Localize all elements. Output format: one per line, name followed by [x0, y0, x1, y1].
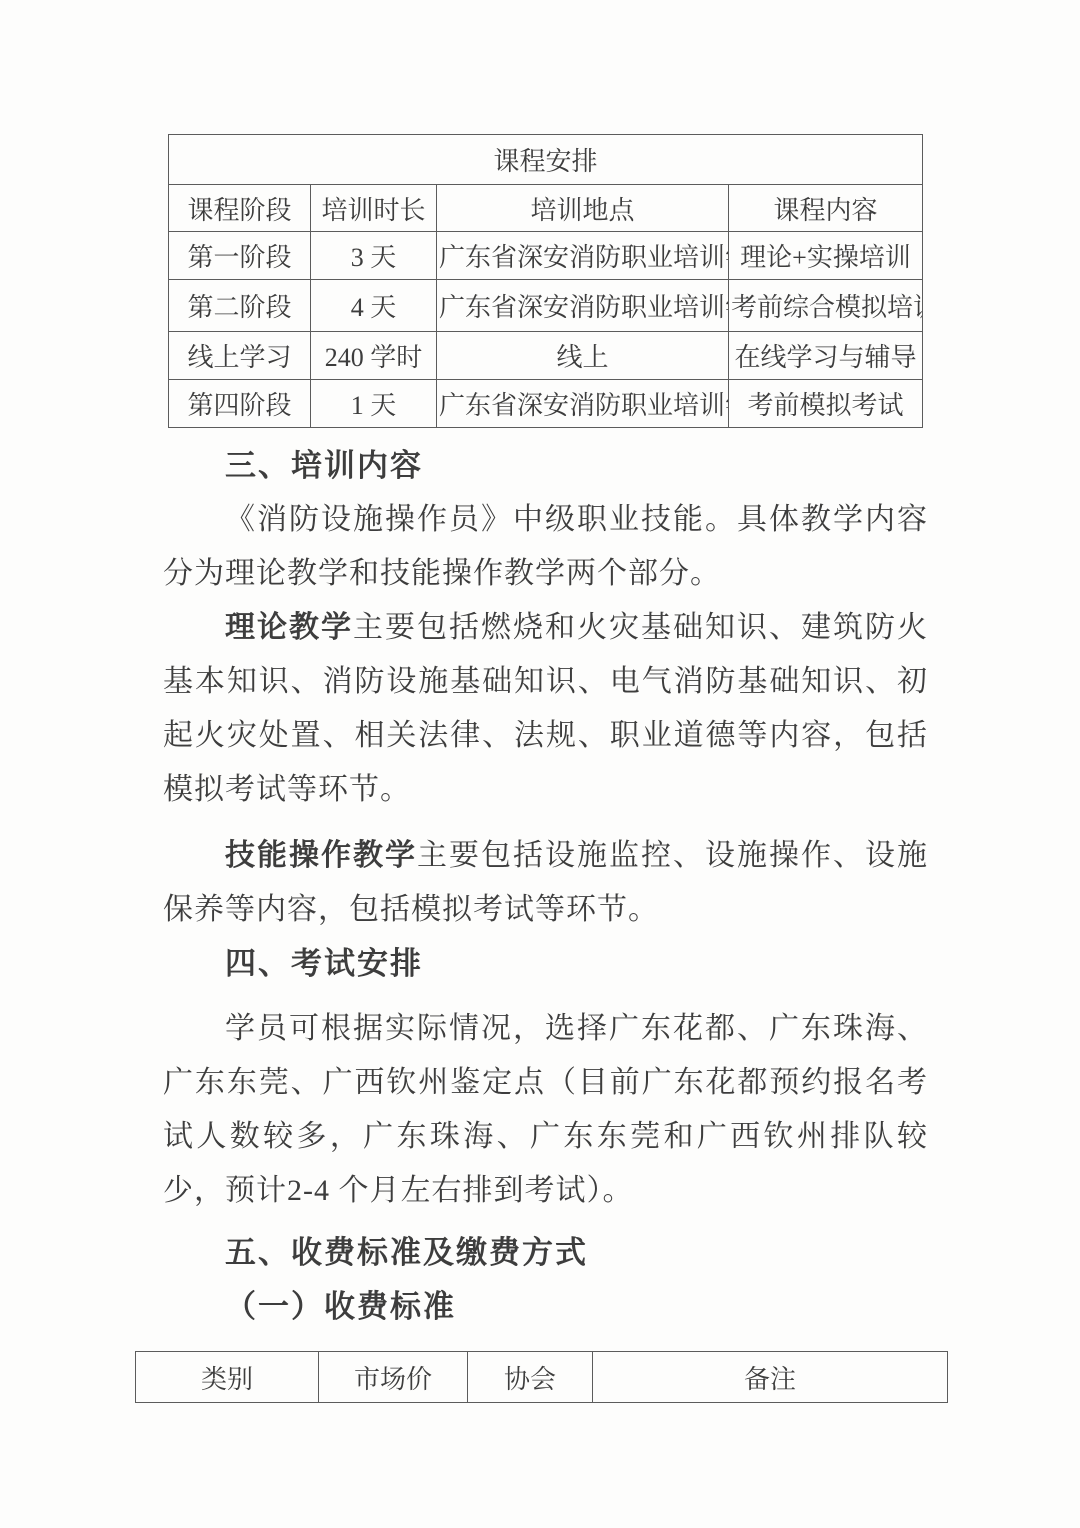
course-table-header-location: 培训地点	[437, 185, 729, 232]
duration-cell: 240 学时	[311, 332, 437, 380]
duration-cell: 4 天	[311, 280, 437, 332]
course-table-row-2: 第二阶段 4 天 广东省深安消防职业培训学校 考前综合模拟培训	[169, 280, 923, 332]
duration-cell: 3 天	[311, 232, 437, 280]
section-heading-exam-arrangement: 四、考试安排	[163, 937, 928, 991]
theory-teaching-lead: 理论教学	[225, 611, 353, 644]
fee-standard-table: 类别 市场价 协会 备注	[135, 1351, 948, 1403]
content-cell: 在线学习与辅导	[729, 332, 923, 380]
subsection-heading-fee-standard: （一）收费标准	[163, 1280, 928, 1334]
paragraph-training-overview: 《消防设施操作员》中级职业技能。具体教学内容分为理论教学和技能操作教学两个部分。	[163, 493, 928, 601]
duration-cell: 1 天	[311, 380, 437, 428]
fee-table-header-category: 类别	[136, 1352, 319, 1403]
course-table-row-3: 线上学习 240 学时 线上 在线学习与辅导	[169, 332, 923, 380]
stage-cell: 第二阶段	[169, 280, 311, 332]
document-page: 课程安排 课程阶段 培训时长 培训地点 课程内容 第一阶段 3 天 广东省深安消…	[0, 0, 1080, 1528]
location-cell: 线上	[437, 332, 729, 380]
course-table-row-4: 第四阶段 1 天 广东省深安消防职业培训学校 考前模拟考试	[169, 380, 923, 428]
course-table-header-duration: 培训时长	[311, 185, 437, 232]
course-table-row-1: 第一阶段 3 天 广东省深安消防职业培训学校 理论+实操培训	[169, 232, 923, 280]
course-table-header-stage: 课程阶段	[169, 185, 311, 232]
stage-cell: 第一阶段	[169, 232, 311, 280]
stage-cell: 线上学习	[169, 332, 311, 380]
content-cell: 考前模拟考试	[729, 380, 923, 428]
course-table-header-row: 课程阶段 培训时长 培训地点 课程内容	[169, 185, 923, 232]
location-cell: 广东省深安消防职业培训学校	[437, 232, 729, 280]
paragraph-exam-arrangement: 学员可根据实际情况，选择广东花都、广东珠海、广东东莞、广西钦州鉴定点（目前广东花…	[163, 1002, 928, 1218]
course-table-header-content: 课程内容	[729, 185, 923, 232]
stage-cell: 第四阶段	[169, 380, 311, 428]
location-cell: 广东省深安消防职业培训学校	[437, 380, 729, 428]
course-table-title: 课程安排	[169, 135, 923, 185]
fee-table-header-market-price: 市场价	[319, 1352, 468, 1403]
skill-teaching-lead: 技能操作教学	[225, 839, 417, 872]
course-table-title-row: 课程安排	[169, 135, 923, 185]
fee-table-header-association: 协会	[468, 1352, 593, 1403]
paragraph-theory-teaching: 理论教学主要包括燃烧和火灾基础知识、建筑防火基本知识、消防设施基础知识、电气消防…	[163, 601, 928, 817]
section-heading-training-content: 三、培训内容	[163, 439, 928, 493]
paragraph-skill-teaching: 技能操作教学主要包括设施监控、设施操作、设施保养等内容，包括模拟考试等环节。	[163, 829, 928, 937]
fee-table-header-row: 类别 市场价 协会 备注	[136, 1352, 948, 1403]
content-cell: 理论+实操培训	[729, 232, 923, 280]
section-heading-fee-standard: 五、收费标准及缴费方式	[163, 1226, 928, 1280]
course-schedule-table: 课程安排 课程阶段 培训时长 培训地点 课程内容 第一阶段 3 天 广东省深安消…	[168, 134, 923, 428]
location-cell: 广东省深安消防职业培训学校	[437, 280, 729, 332]
content-cell: 考前综合模拟培训	[729, 280, 923, 332]
fee-table-header-remarks: 备注	[593, 1352, 948, 1403]
